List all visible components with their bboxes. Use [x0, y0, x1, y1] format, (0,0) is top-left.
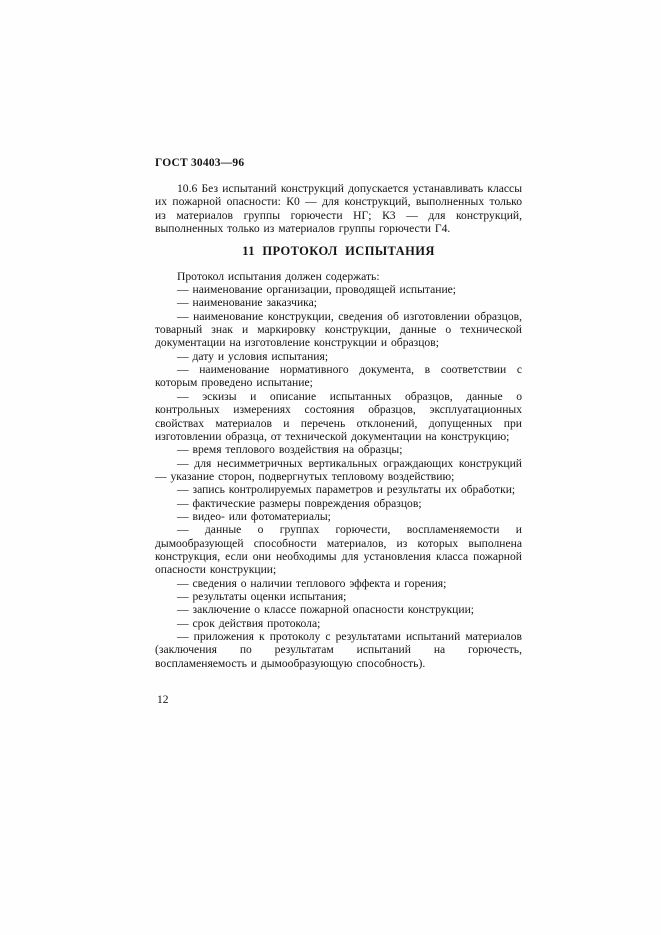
list-item: — фактические размеры повреждения образц… — [155, 497, 522, 510]
section-11-intro: Протокол испытания должен содержать: — [155, 270, 522, 283]
list-item: — наименование нормативного документа, в… — [155, 363, 522, 390]
clause-10-6-paragraph: 10.6 Без испытаний конструкций допускает… — [155, 182, 522, 235]
list-item: — наименование конструкции, сведения об … — [155, 310, 522, 350]
list-item: — данные о группах горючести, воспламеня… — [155, 523, 522, 576]
list-item: — сведения о наличии теплового эффекта и… — [155, 577, 522, 590]
list-item: — видео- или фотоматериалы; — [155, 510, 522, 523]
list-item: — наименование организации, проводящей и… — [155, 283, 522, 296]
list-item: — запись контролируемых параметров и рез… — [155, 483, 522, 496]
section-11-heading: 11 ПРОТОКОЛ ИСПЫТАНИЯ — [155, 245, 522, 258]
list-item: — заключение о классе пожарной опасности… — [155, 603, 522, 616]
list-item: — для несимметричных вертикальных огражд… — [155, 457, 522, 484]
list-item: — дату и условия испытания; — [155, 350, 522, 363]
page-number: 12 — [157, 694, 169, 706]
protocol-requirements-list: — наименование организации, проводящей и… — [155, 283, 522, 670]
list-item: — результаты оценки испытания; — [155, 590, 522, 603]
list-item: — эскизы и описание испытанных образцов,… — [155, 390, 522, 443]
document-page: ГОСТ 30403—96 10.6 Без испытаний констру… — [0, 0, 661, 935]
list-item: — время теплового воздействия на образцы… — [155, 443, 522, 456]
list-item: — срок действия протокола; — [155, 617, 522, 630]
list-item: — наименование заказчика; — [155, 296, 522, 309]
list-item: — приложения к протоколу с результатами … — [155, 630, 522, 670]
page-content: 10.6 Без испытаний конструкций допускает… — [155, 182, 522, 670]
document-standard-number: ГОСТ 30403—96 — [155, 157, 244, 169]
